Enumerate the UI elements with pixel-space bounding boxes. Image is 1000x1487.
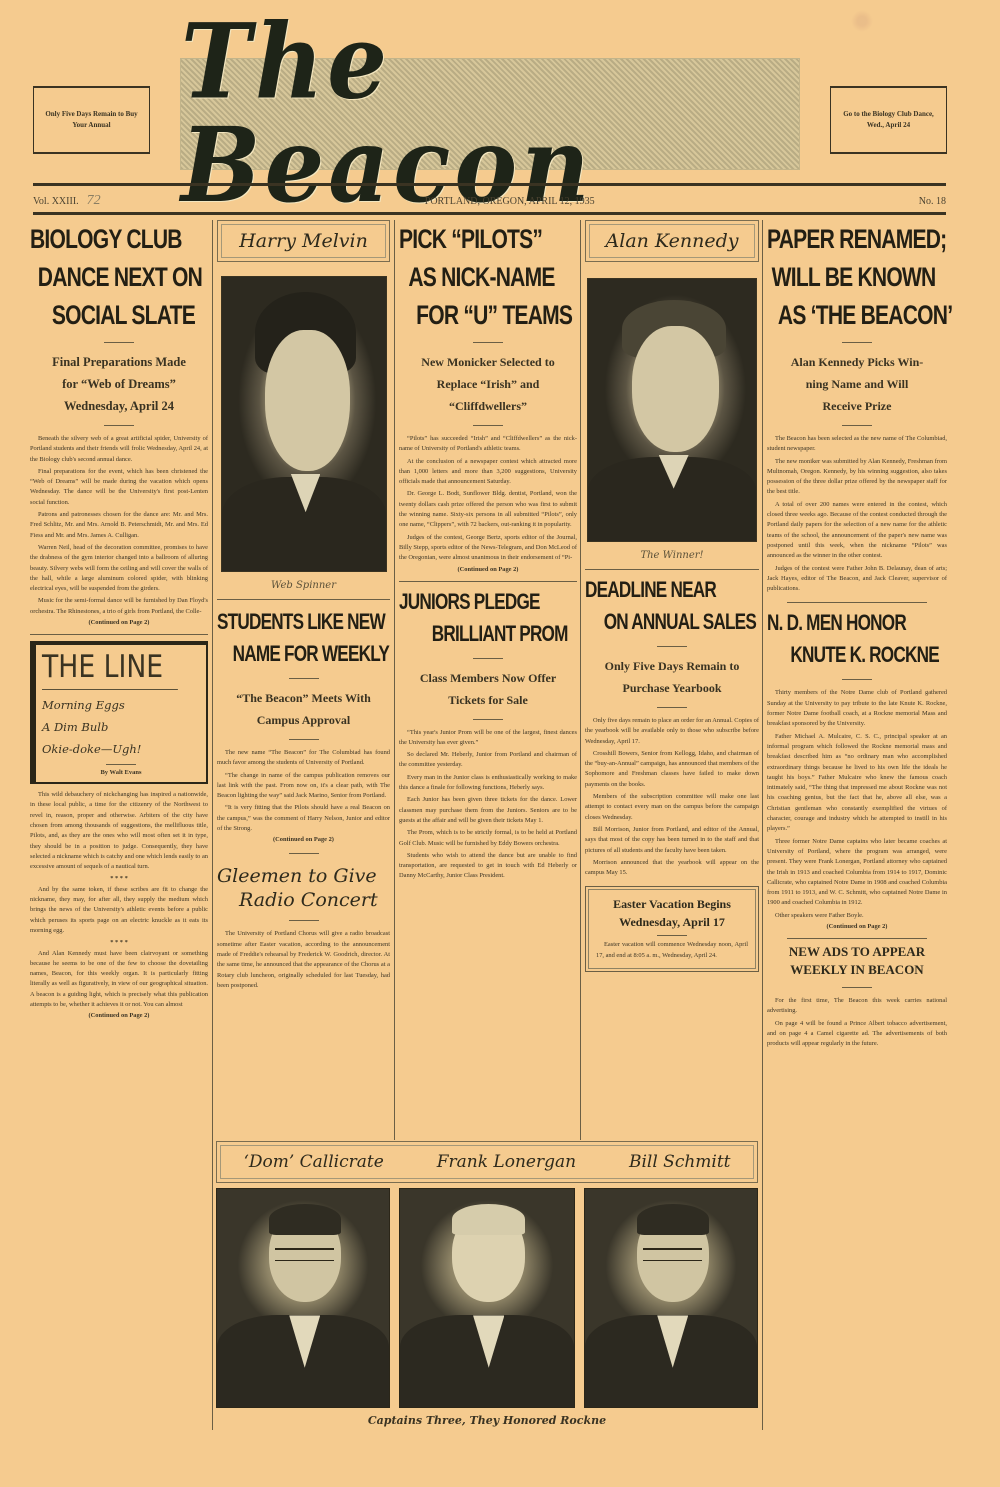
left-ear-text: Only Five Days Remain to Buy Your Annual	[38, 109, 145, 131]
article-body-nd-men: Thirty members of the Notre Dame club of…	[767, 688, 947, 921]
headline-line: SOCIAL SLATE	[30, 296, 169, 334]
headline-line: PICK “PILOTS”	[399, 220, 538, 258]
easter-headline: Wednesday, April 17	[596, 913, 748, 931]
article-body-pick-pilots: “Pilots” has succeeded “Irish” and “Clif…	[399, 434, 577, 564]
photo-name-label: Alan Kennedy	[585, 220, 759, 262]
divider	[473, 658, 503, 659]
masthead-rule-bottom	[33, 212, 946, 215]
divider	[787, 938, 927, 939]
deck-line: “Cliffdwellers”	[399, 395, 577, 417]
headline-biology-club: BIOLOGY CLUB DANCE NEXT ON SOCIAL SLATE	[30, 220, 208, 334]
volume-text: Vol. XXIII.	[33, 196, 79, 207]
divider	[473, 342, 503, 343]
headline-juniors: JUNIORS PLEDGE BRILLIANT PROM	[399, 586, 577, 650]
deck-line: ning Name and Will	[767, 373, 947, 395]
headline-gleemen: Gleemen to Give Radio Concert	[217, 864, 390, 912]
paragraph: Only five days remain to place an order …	[585, 716, 759, 747]
article-body-paper-renamed: The Beacon has been selected as the new …	[767, 434, 947, 594]
the-line-item: Okie-doke—Ugh!	[42, 738, 200, 760]
column-rule	[212, 220, 213, 1430]
paragraph: For the first time, The Beacon this week…	[767, 996, 947, 1017]
volume-handwritten: 72	[87, 193, 101, 208]
separator: * * * *	[30, 938, 208, 948]
photo-face	[265, 330, 350, 471]
the-line-box: THE LINE Morning Eggs A Dim Bulb Okie-do…	[30, 641, 208, 784]
paragraph: Easter vacation will commence Wednesday …	[596, 940, 748, 961]
paragraph: This wild debauchery of nickchanging has…	[30, 790, 208, 872]
deck-paper-renamed: Alan Kennedy Picks Win- ning Name and Wi…	[767, 351, 947, 417]
deck-students-like: “The Beacon” Meets With Campus Approval	[217, 687, 390, 731]
headline-line: KNUTE K. ROCKNE	[767, 639, 907, 671]
column-rule	[762, 220, 763, 1430]
paragraph: Morrison announced that the yearbook wil…	[585, 858, 759, 879]
paragraph: And by the same token, if these scribes …	[30, 885, 208, 936]
headline-pick-pilots: PICK “PILOTS” AS NICK-NAME FOR “U” TEAMS	[399, 220, 577, 334]
captain-name: Frank Lonergan	[437, 1152, 576, 1172]
paragraph: The new moniker was submitted by Alan Ke…	[767, 457, 947, 498]
photo-hair	[269, 1204, 341, 1235]
continued-link[interactable]: (Continued on Page 2)	[217, 836, 390, 843]
deck-line: Only Five Days Remain to	[585, 655, 759, 677]
deck-line: Alan Kennedy Picks Win-	[767, 351, 947, 373]
headline-line: FOR “U” TEAMS	[399, 296, 538, 334]
divider	[289, 920, 319, 921]
column-alan-kennedy: Alan Kennedy The Winner! DEADLINE NEAR O…	[585, 220, 759, 972]
divider	[289, 739, 319, 740]
paragraph: “It is very fitting that the Pilots shou…	[217, 803, 390, 834]
continued-link[interactable]: (Continued on Page 2)	[767, 923, 947, 930]
column-harry-melvin: Harry Melvin Web Spinner STUDENTS LIKE N…	[217, 220, 390, 993]
paragraph: The University of Portland Chorus will g…	[217, 929, 390, 991]
captains-names-bar: ‘Dom’ Callicrate Frank Lonergan Bill Sch…	[216, 1141, 758, 1183]
headline-line: ON ANNUAL SALES	[585, 606, 721, 638]
masthead-rule-top	[33, 183, 946, 186]
deck-line: Campus Approval	[217, 709, 390, 731]
paragraph: “Pilots” has succeeded “Irish” and “Clif…	[399, 434, 577, 455]
deck-line: for “Web of Dreams”	[30, 373, 208, 395]
article-body-the-line: This wild debauchery of nickchanging has…	[30, 790, 208, 1010]
easter-headline: Easter Vacation Begins	[596, 895, 748, 913]
deck-line: Class Members Now Offer	[399, 667, 577, 689]
divider	[657, 707, 687, 708]
headline-line: N. D. MEN HONOR	[767, 607, 907, 639]
headline-line: BIOLOGY CLUB	[30, 220, 169, 258]
paragraph: Other speakers were Father Boyle.	[767, 911, 947, 921]
divider	[106, 764, 136, 765]
deck-pick-pilots: New Monicker Selected to Replace “Irish”…	[399, 351, 577, 417]
easter-body: Easter vacation will commence Wednesday …	[596, 940, 748, 961]
paragraph: Three former Notre Dame captains who lat…	[767, 837, 947, 909]
issue-number: No. 18	[919, 196, 946, 207]
paragraph: Thirty members of the Notre Dame club of…	[767, 688, 947, 729]
paragraph: A total of over 200 names were entered i…	[767, 500, 947, 562]
headline-students-like: STUDENTS LIKE NEW NAME FOR WEEKLY	[217, 606, 390, 670]
photo-hair	[452, 1204, 525, 1235]
divider	[217, 599, 390, 600]
dateline-text: PORTLAND, OREGON, APRIL 12, 1935	[425, 196, 595, 207]
divider	[473, 719, 503, 720]
the-line-item: Morning Eggs	[42, 694, 200, 716]
paragraph: Bill Morrison, Junior from Portland, and…	[585, 825, 759, 856]
deck-line: “The Beacon” Meets With	[217, 687, 390, 709]
newspaper-page: Only Five Days Remain to Buy Your Annual…	[0, 0, 1000, 1487]
headline-line: PAPER RENAMED;	[767, 220, 907, 258]
divider	[842, 987, 872, 988]
headline-line: WEEKLY IN BEACON	[767, 961, 947, 979]
article-body-deadline: Only five days remain to place an order …	[585, 716, 759, 878]
headline-line: Gleemen to Give	[217, 864, 390, 888]
masthead-title: The Beacon	[181, 11, 799, 218]
headline-line: AS ‘THE BEACON’	[767, 296, 907, 334]
photo-caption: Web Spinner	[217, 580, 390, 591]
divider	[657, 935, 687, 936]
captain-name: Bill Schmitt	[629, 1152, 731, 1172]
photo-callicrate	[216, 1188, 390, 1408]
portrait-photo-alan-kennedy	[587, 278, 757, 542]
deck-juniors: Class Members Now Offer Tickets for Sale	[399, 667, 577, 711]
article-body-biology-club: Beneath the silvery web of a great artif…	[30, 434, 208, 617]
divider	[104, 425, 134, 426]
divider	[104, 342, 134, 343]
photo-glasses	[275, 1248, 333, 1261]
headline-line: JUNIORS PLEDGE	[399, 586, 538, 618]
divider	[842, 425, 872, 426]
divider	[787, 602, 927, 603]
deck-line: Tickets for Sale	[399, 689, 577, 711]
deck-biology-club: Final Preparations Made for “Web of Drea…	[30, 351, 208, 417]
article-body-students-like: The new name “The Beacon” for The Columb…	[217, 748, 390, 834]
paragraph: Judges of the contest were Father John B…	[767, 564, 947, 595]
library-stamp	[851, 10, 873, 32]
paragraph: The Beacon has been selected as the new …	[767, 434, 947, 455]
easter-vacation-box: Easter Vacation Begins Wednesday, April …	[585, 886, 759, 972]
headline-line: NEW ADS TO APPEAR	[767, 943, 947, 961]
article-body-new-ads: For the first time, The Beacon this week…	[767, 996, 947, 1049]
photo-glasses	[643, 1248, 701, 1261]
dateline-bar: Vol. XXIII.72 PORTLAND, OREGON, APRIL 12…	[33, 191, 946, 211]
column-paper-renamed: PAPER RENAMED; WILL BE KNOWN AS ‘THE BEA…	[767, 220, 947, 1051]
deck-line: New Monicker Selected to	[399, 351, 577, 373]
paragraph: At the conclusion of a newspaper contest…	[399, 457, 577, 488]
deck-line: Final Preparations Made	[30, 351, 208, 373]
deck-deadline: Only Five Days Remain to Purchase Yearbo…	[585, 655, 759, 699]
photo-caption: The Winner!	[585, 550, 759, 561]
deck-line: Replace “Irish” and	[399, 373, 577, 395]
paragraph: Final preparations for the event, which …	[30, 467, 208, 508]
headline-line: NAME FOR WEEKLY	[217, 638, 352, 670]
captains-caption: Captains Three, They Honored Rockne	[216, 1414, 758, 1427]
column-rule	[580, 220, 581, 1140]
column-rule	[394, 220, 395, 1140]
headline-line: Radio Concert	[217, 888, 390, 912]
separator: * * * *	[30, 874, 208, 884]
paragraph: Each Junior has been given three tickets…	[399, 795, 577, 826]
column-biology-club: BIOLOGY CLUB DANCE NEXT ON SOCIAL SLATE …	[30, 220, 208, 1019]
byline: By Walt Evans	[42, 769, 200, 776]
paragraph: Music for the semi-formal dance will be …	[30, 596, 208, 617]
the-line-title: THE LINE	[42, 649, 178, 690]
divider	[30, 634, 208, 635]
paragraph: “The change in name of the campus public…	[217, 771, 390, 802]
continued-link[interactable]: (Continued on Page 2)	[30, 619, 208, 626]
deck-line: Receive Prize	[767, 395, 947, 417]
headline-line: DANCE NEXT ON	[30, 258, 169, 296]
photo-name-label: Harry Melvin	[217, 220, 390, 262]
paragraph: Crosshill Bowers, Senior from Kellogg, I…	[585, 749, 759, 790]
divider	[842, 342, 872, 343]
column-pilots: PICK “PILOTS” AS NICK-NAME FOR “U” TEAMS…	[399, 220, 577, 884]
paragraph: The Prom, which is to be strictly formal…	[399, 828, 577, 849]
left-ear-box: Only Five Days Remain to Buy Your Annual	[33, 86, 150, 154]
the-line-item: A Dim Bulb	[42, 716, 200, 738]
paragraph: The new name “The Beacon” for The Columb…	[217, 748, 390, 769]
headline-deadline: DEADLINE NEAR ON ANNUAL SALES	[585, 574, 759, 638]
paragraph: Dr. George L. Bodt, Sunflower Bldg. dent…	[399, 489, 577, 530]
divider	[399, 581, 577, 582]
headline-line: AS NICK-NAME	[399, 258, 538, 296]
paragraph: Beneath the silvery web of a great artif…	[30, 434, 208, 465]
paragraph: Father Michael A. Mulcaire, C. S. C., pr…	[767, 732, 947, 835]
divider	[473, 425, 503, 426]
deck-line: Wednesday, April 24	[30, 395, 208, 417]
portrait-photo-harry-melvin	[221, 276, 387, 572]
volume-label: Vol. XXIII.72	[33, 193, 101, 209]
continued-link[interactable]: (Continued on Page 2)	[399, 566, 577, 573]
article-body-gleemen: The University of Portland Chorus will g…	[217, 929, 390, 991]
divider	[289, 678, 319, 679]
right-ear-text: Go to the Biology Club Dance, Wed., Apri…	[835, 109, 942, 131]
deck-line: Purchase Yearbook	[585, 677, 759, 699]
headline-new-ads: NEW ADS TO APPEAR WEEKLY IN BEACON	[767, 943, 947, 979]
paragraph: Students who wish to attend the dance bu…	[399, 851, 577, 882]
divider	[842, 679, 872, 680]
photo-face	[632, 326, 719, 452]
headline-line: DEADLINE NEAR	[585, 574, 721, 606]
paragraph: On page 4 will be found a Prince Albert …	[767, 1019, 947, 1050]
headline-line: STUDENTS LIKE NEW	[217, 606, 352, 638]
headline-line: WILL BE KNOWN	[767, 258, 907, 296]
paragraph: And Alan Kennedy must have been clairvoy…	[30, 949, 208, 1011]
headline-paper-renamed: PAPER RENAMED; WILL BE KNOWN AS ‘THE BEA…	[767, 220, 947, 334]
photo-lonergan	[399, 1188, 575, 1408]
paragraph: Warren Neil, head of the decoration comm…	[30, 543, 208, 594]
the-line-items: Morning Eggs A Dim Bulb Okie-doke—Ugh!	[42, 694, 200, 760]
masthead-title-band: The Beacon	[180, 58, 800, 170]
headline-line: BRILLIANT PROM	[399, 618, 538, 650]
divider	[585, 569, 759, 570]
continued-link[interactable]: (Continued on Page 2)	[30, 1012, 208, 1019]
paragraph: Judges of the contest, George Bertz, spo…	[399, 533, 577, 564]
photo-schmitt	[584, 1188, 758, 1408]
right-ear-box: Go to the Biology Club Dance, Wed., Apri…	[830, 86, 947, 154]
paragraph: Every man in the Junior class is enthusi…	[399, 773, 577, 794]
paragraph: Patrons and patronesses chosen for the d…	[30, 510, 208, 541]
photo-hair	[637, 1204, 709, 1235]
divider	[289, 853, 319, 854]
paragraph: So declared Mr. Heberly, Junior from Por…	[399, 750, 577, 771]
headline-nd-men: N. D. MEN HONOR KNUTE K. ROCKNE	[767, 607, 947, 671]
paragraph: “This year's Junior Prom will be one of …	[399, 728, 577, 749]
captain-name: ‘Dom’ Callicrate	[243, 1152, 383, 1172]
divider	[657, 646, 687, 647]
paragraph: Members of the subscription committee wi…	[585, 792, 759, 823]
article-body-juniors: “This year's Junior Prom will be one of …	[399, 728, 577, 882]
